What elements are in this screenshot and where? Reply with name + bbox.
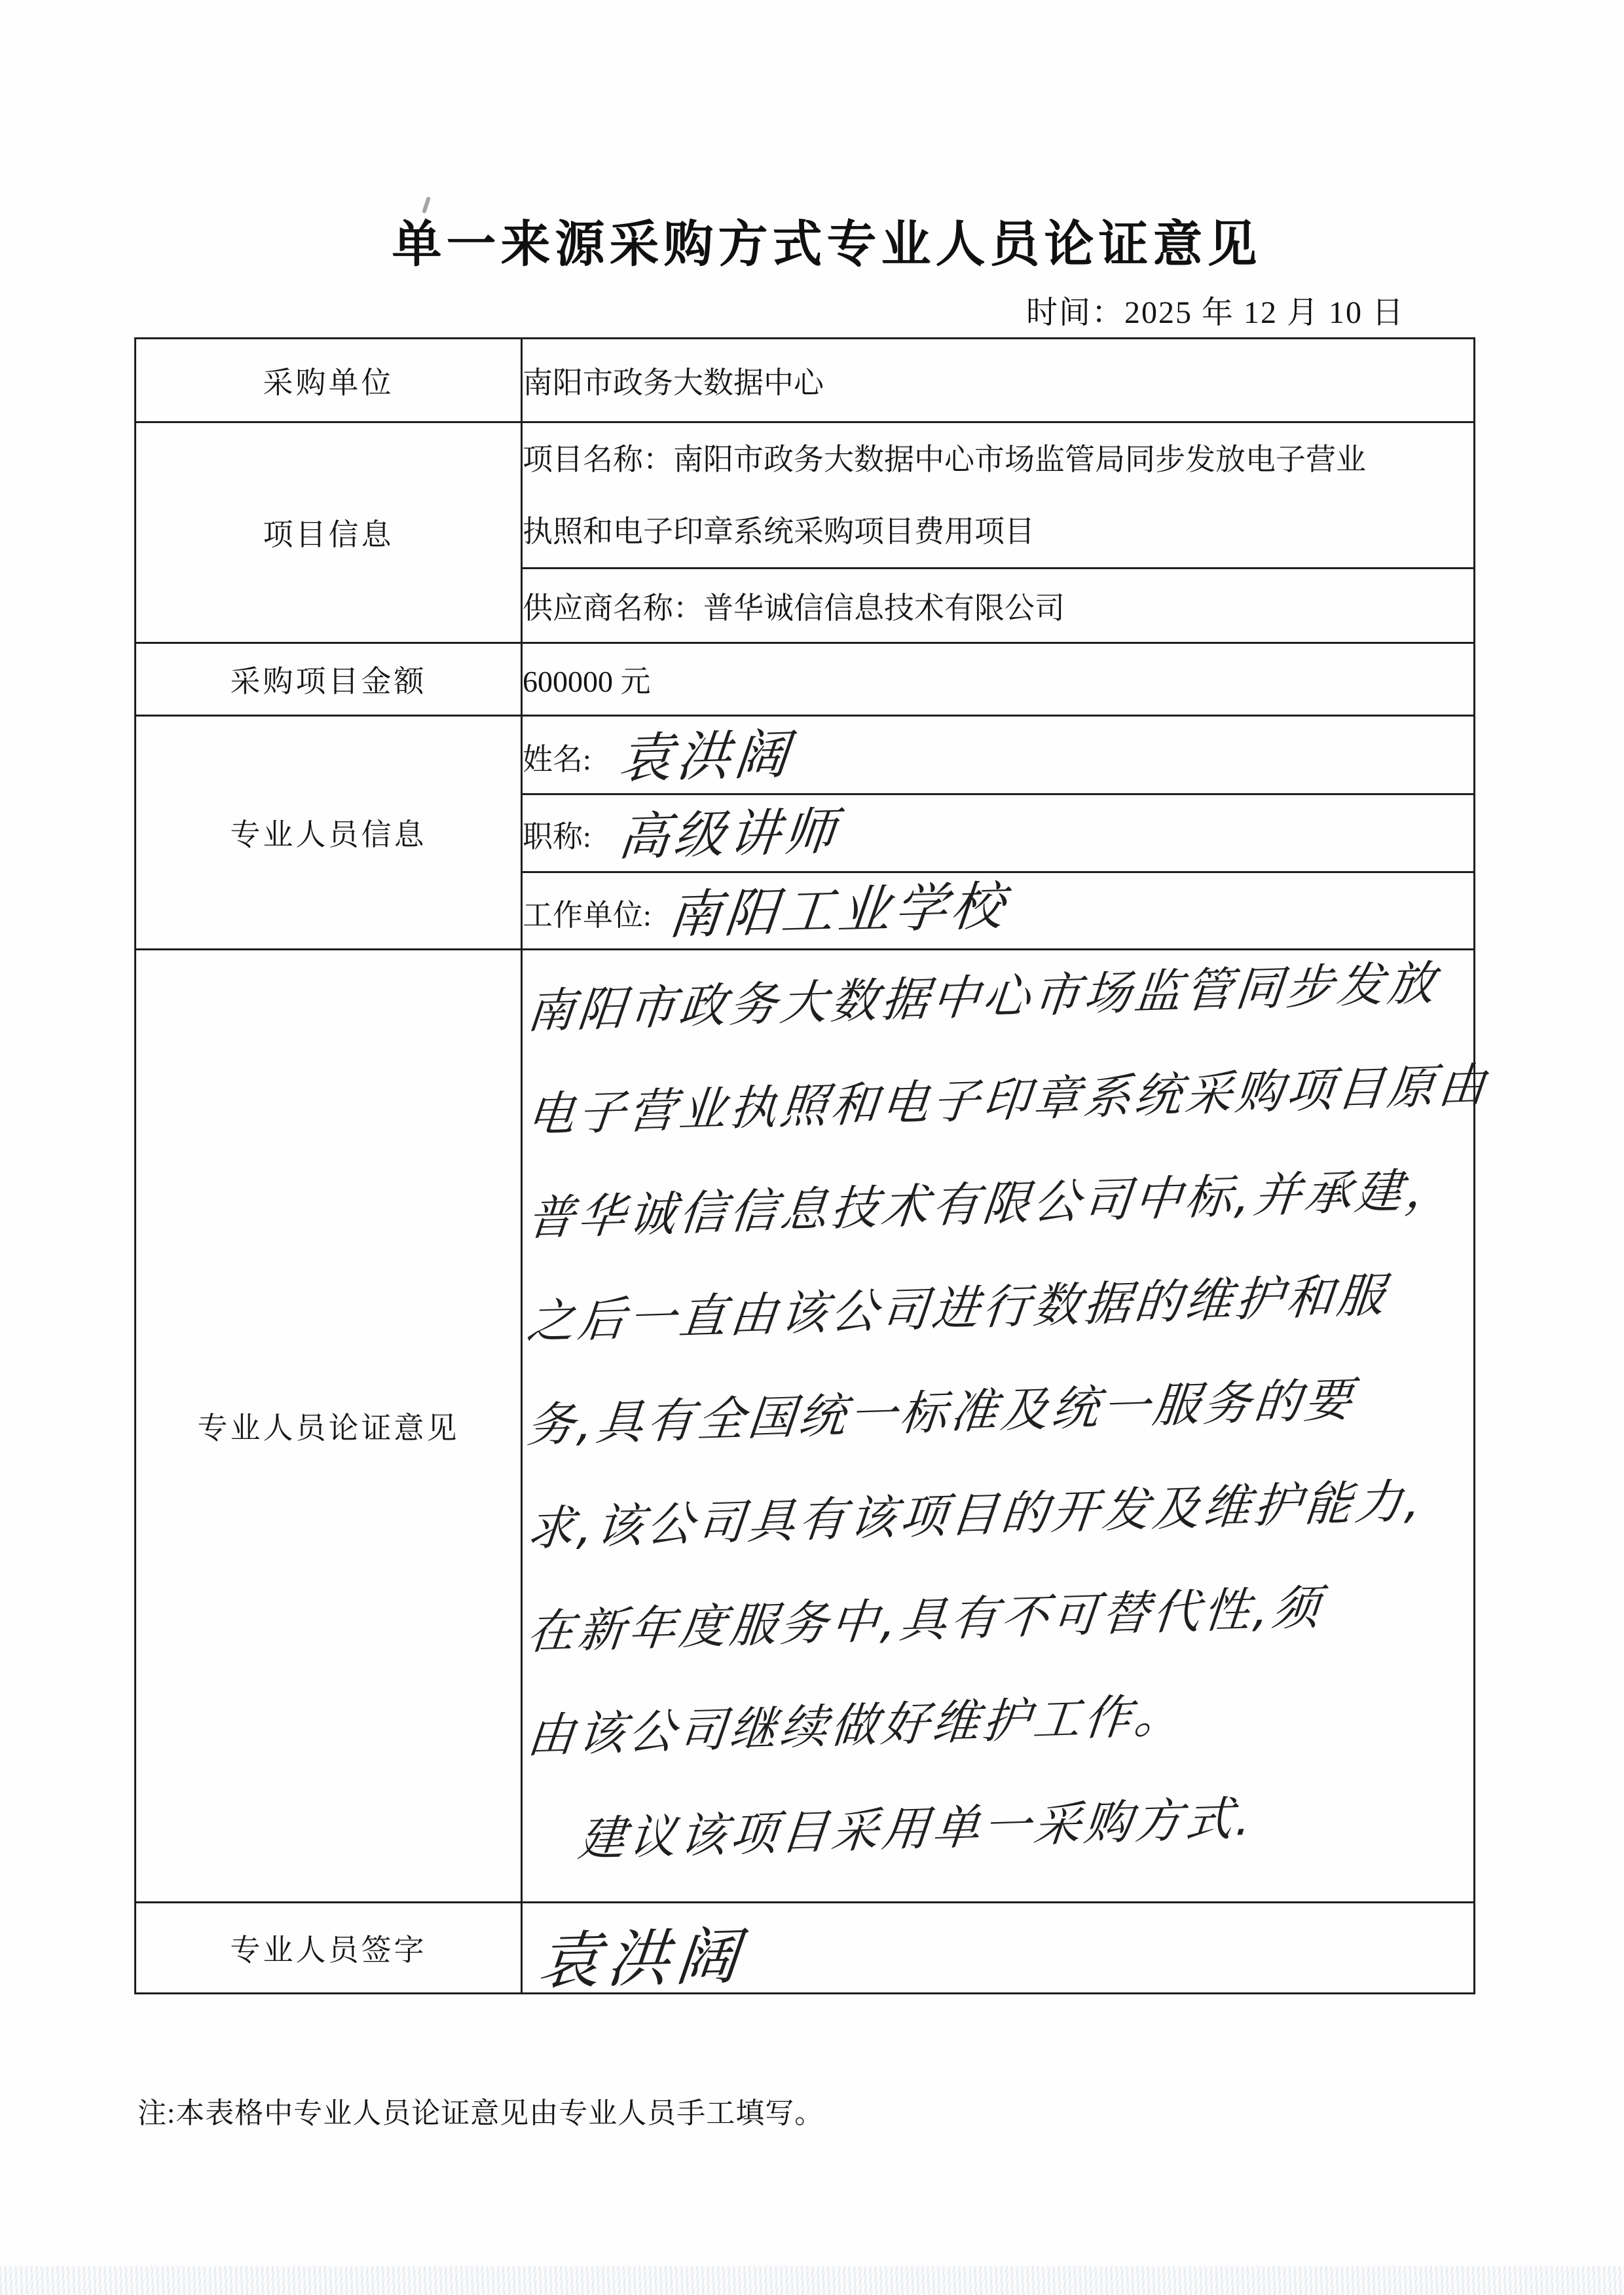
procurement-unit-label: 采购单位 bbox=[136, 339, 522, 422]
amount-value: 600000 元 bbox=[522, 643, 1475, 716]
personnel-info-label: 专业人员信息 bbox=[136, 716, 522, 950]
opinion-line: 建议该项目采用单一采购方式. bbox=[523, 1788, 1473, 1892]
project-name-line2: 执照和电子印章系统采购项目费用项目 bbox=[523, 495, 1473, 567]
row-personnel-name: 专业人员信息 姓名: 袁洪阔 bbox=[136, 716, 1475, 794]
signature-label: 专业人员签字 bbox=[136, 1903, 522, 1994]
procurement-unit-value: 南阳市政务大数据中心 bbox=[522, 339, 1475, 422]
opinion-line: 由该公司继续做好维护工作。 bbox=[523, 1685, 1473, 1788]
document-page: 单一来源采购方式专业人员论证意见 时间：2025 年 12 月 10 日 采购单… bbox=[0, 0, 1624, 2295]
opinion-handwritten-cell: 南阳市政务大数据中心市场监管同步发放 电子营业执照和电子印章系统采购项目原由 普… bbox=[522, 950, 1475, 1903]
page-title: 单一来源采购方式专业人员论证意见 bbox=[157, 204, 1496, 276]
workplace-handwritten-value: 南阳工业学校 bbox=[665, 864, 1011, 948]
row-opinion: 专业人员论证意见 南阳市政务大数据中心市场监管同步发放 电子营业执照和电子印章系… bbox=[136, 950, 1475, 1903]
project-name-cell: 项目名称：南阳市政务大数据中心市场监管局同步发放电子营业 执照和电子印章系统采购… bbox=[522, 422, 1475, 569]
scanner-noise-band bbox=[0, 2266, 1624, 2295]
signature-cell: 袁洪阔 bbox=[522, 1903, 1475, 1994]
project-name-line1: 项目名称：南阳市政务大数据中心市场监管局同步发放电子营业 bbox=[523, 423, 1473, 495]
personnel-name-cell: 姓名: 袁洪阔 bbox=[522, 716, 1475, 794]
supplier-value: 供应商名称：普华诚信信息技术有限公司 bbox=[522, 569, 1475, 643]
title-field-label: 职称: bbox=[523, 813, 591, 856]
form-table: 采购单位 南阳市政务大数据中心 项目信息 项目名称：南阳市政务大数据中心市场监管… bbox=[134, 337, 1475, 1994]
name-field-label: 姓名: bbox=[523, 736, 591, 779]
signature-handwritten-value: 袁洪阔 bbox=[534, 1907, 750, 2002]
title-handwritten-value: 高级讲师 bbox=[616, 791, 843, 870]
footnote: 注:本表格中专业人员论证意见由专业人员手工填写。 bbox=[138, 2089, 824, 2131]
project-info-label: 项目信息 bbox=[136, 422, 522, 643]
amount-label: 采购项目金额 bbox=[136, 643, 522, 716]
row-signature: 专业人员签字 袁洪阔 bbox=[136, 1903, 1475, 1994]
personnel-title-cell: 职称: 高级讲师 bbox=[522, 794, 1475, 872]
opinion-line: 求,该公司具有该项目的开发及维护能力, bbox=[523, 1478, 1473, 1581]
opinion-label: 专业人员论证意见 bbox=[136, 950, 522, 1903]
date-line: 时间：2025 年 12 月 10 日 bbox=[134, 287, 1473, 332]
opinion-line: 在新年度服务中,具有不可替代性,须 bbox=[523, 1581, 1473, 1685]
row-procurement-unit: 采购单位 南阳市政务大数据中心 bbox=[136, 339, 1475, 422]
row-amount: 采购项目金额 600000 元 bbox=[136, 643, 1475, 716]
workplace-field-label: 工作单位: bbox=[523, 891, 652, 935]
row-project-name: 项目信息 项目名称：南阳市政务大数据中心市场监管局同步发放电子营业 执照和电子印… bbox=[136, 422, 1475, 569]
name-handwritten-value: 袁洪阔 bbox=[616, 712, 796, 793]
